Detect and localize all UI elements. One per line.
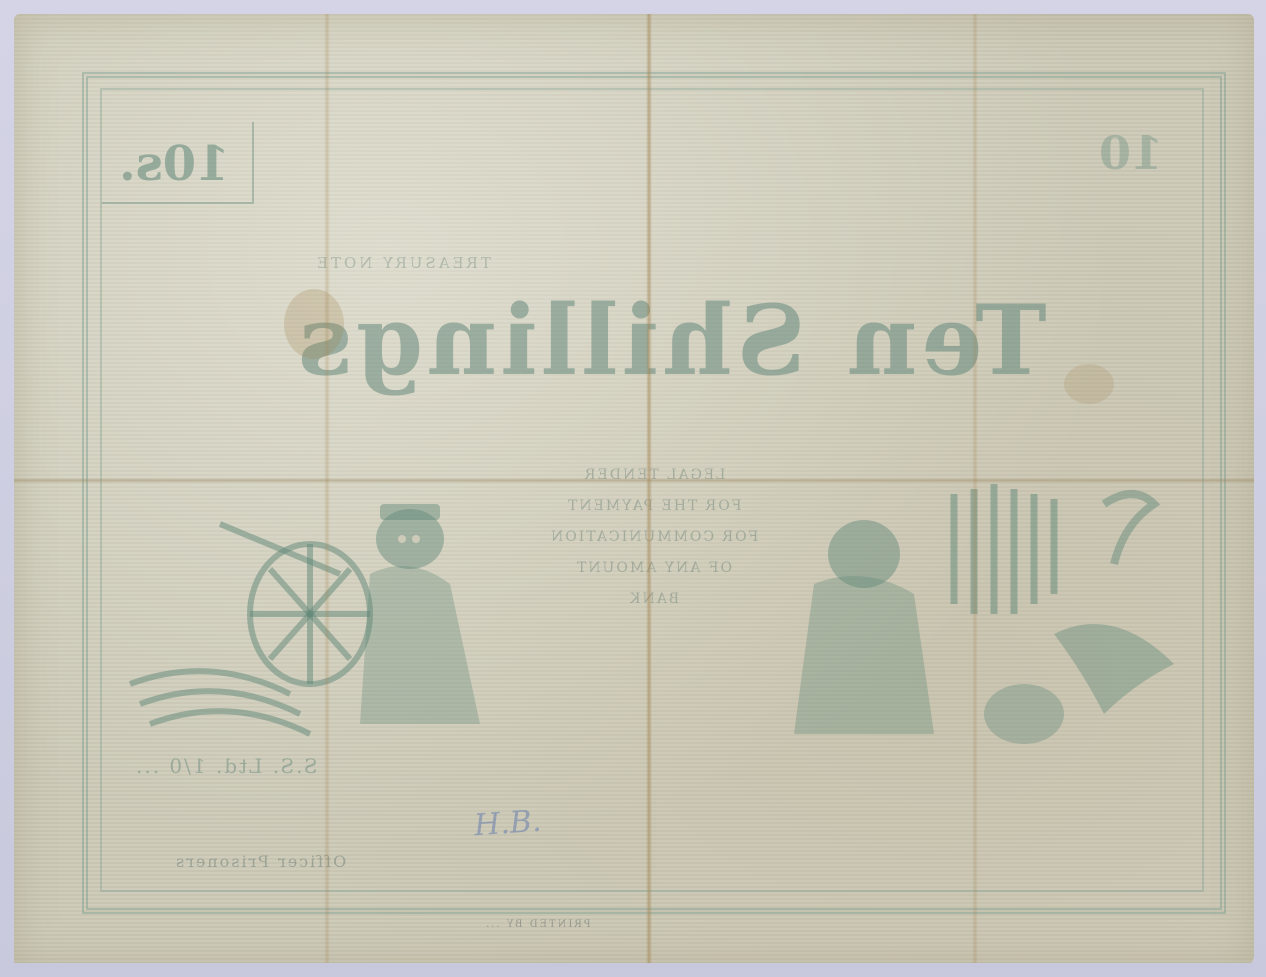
legal-line: OF ANY AMOUNT [575, 553, 732, 583]
banknote: 10s. 10 TREASURY NOTE Ten Shillings LEGA… [14, 14, 1254, 966]
note-title: Ten Shillings [294, 284, 1047, 397]
officer-title: Officer Prisoners [174, 852, 346, 871]
stain [1064, 364, 1114, 404]
scanner-edge [14, 963, 1254, 969]
issuer-line: TREASURY NOTE [314, 254, 491, 272]
denomination-left: 10s. [119, 136, 230, 192]
legal-line: FOR THE PAYMENT [566, 491, 741, 521]
legal-line: LEGAL TENDER [583, 460, 725, 490]
vertical-fold-left [324, 14, 330, 966]
legal-line: FOR COMMUNICATION [549, 522, 758, 552]
printer-imprint: PRINTED BY ... [484, 919, 591, 930]
bottom-serial-line: S.S. Ltd. 1/0 ... [134, 754, 318, 778]
legal-line: BANK [628, 584, 679, 614]
stain [284, 289, 344, 359]
horizontal-fold [14, 478, 1254, 483]
vertical-fold-center [646, 14, 652, 966]
denomination-right: 10 [1099, 126, 1163, 180]
vertical-fold-right [972, 14, 978, 966]
left-figure-illustration [110, 484, 510, 744]
right-figure-illustration [774, 464, 1194, 754]
handwritten-signature: H.B. [473, 804, 543, 844]
